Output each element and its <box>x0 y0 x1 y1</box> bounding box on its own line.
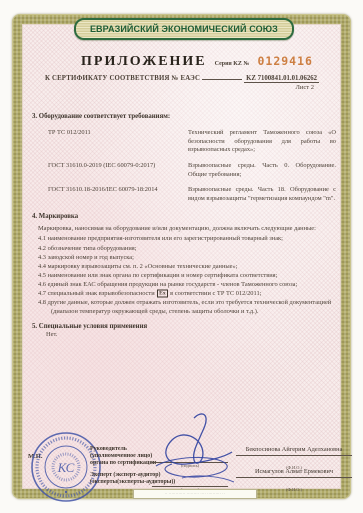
marking-list: 4.1 наименование предприятия-изготовител… <box>32 234 332 316</box>
microprint-text: ·· ············ ········· ···· ·········… <box>165 492 225 496</box>
title-row: ПРИЛОЖЕНИЕ Серия KZ № 0129416 <box>62 54 332 70</box>
printing-house-microprint: ·· ············ ········· ···· ·········… <box>133 489 257 499</box>
handwritten-signature-icon <box>142 408 242 492</box>
certificate-scan: ЕВРАЗИЙСКИЙ ЭКОНОМИЧЕСКИЙ СОЮЗ ПРИЛОЖЕНИ… <box>0 0 363 513</box>
eaeu-banner-text: ЕВРАЗИЙСКИЙ ЭКОНОМИЧЕСКИЙ СОЮЗ <box>90 24 278 35</box>
requirement-doc: ГОСТ 31610.0-2019 (IEC 60079-0:2017) <box>48 162 176 179</box>
page-content: ПРИЛОЖЕНИЕ Серия KZ № 0129416 К СЕРТИФИК… <box>32 54 332 338</box>
requirement-doc: ГОСТ 31610.18-2016/IEC 60079-18:2014 <box>48 186 176 203</box>
section5-heading: 5. Специальные условия применения <box>32 323 332 330</box>
person-name: Бекпосинова Айгерим Аделхановна <box>236 446 352 456</box>
marking-item: 4.2 обозначение типа оборудования; <box>38 244 332 253</box>
certificate-reference-label: К СЕРТИФИКАТУ СООТВЕТСТВИЯ № ЕАЭС <box>45 75 200 82</box>
series-number: 0129416 <box>257 54 312 68</box>
marking-item: 4.1 наименование предприятия-изготовител… <box>38 234 332 243</box>
page-title: ПРИЛОЖЕНИЕ <box>81 54 207 70</box>
person-name: Исмагулов Алмат Ермекович <box>236 468 352 478</box>
series-label: Серия KZ № <box>215 61 250 67</box>
requirement-desc: Взрывоопасные среды. Часть 0. Оборудован… <box>188 162 336 179</box>
section5-value: Нет. <box>32 331 332 338</box>
blank-underline <box>202 73 242 80</box>
marking-item-ex: 4.7 специальный знак взрывобезопасностиE… <box>38 289 332 298</box>
marking-item: 4.8 другие данные, которые должен отража… <box>38 298 332 316</box>
marking-item: 4.5 наименование или знак органа по серт… <box>38 271 332 280</box>
certificate-number: KZ 7100841.01.01.06262 <box>244 75 319 83</box>
section4-heading: 4. Маркировка <box>32 213 332 220</box>
requirement-desc: Технический регламент Таможенного союза … <box>188 129 336 155</box>
marking-item: 4.6 единый знак ЕАС обращения продукции … <box>38 280 332 289</box>
marking-item-ex-prefix: 4.7 специальный знак взрывобезопасности <box>38 290 155 297</box>
requirement-doc: ТР ТС 012/2011 <box>48 129 176 155</box>
marking-item: 4.3 заводской номер и год выпуска; <box>38 253 332 262</box>
requirement-desc: Взрывоопасные среды. Часть 18. Оборудова… <box>188 186 336 203</box>
certificate-reference: К СЕРТИФИКАТУ СООТВЕТСТВИЯ № ЕАЭС KZ 710… <box>32 73 332 83</box>
requirements-table: ТР ТС 012/2011 Технический регламент Там… <box>32 129 336 203</box>
name-caption: (Ф.И.О.) <box>286 487 302 492</box>
stamp-monogram: КС <box>57 460 75 475</box>
marking-item-ex-suffix: в соответствии с ТР ТС 012/2011; <box>170 290 261 297</box>
ex-mark-icon: Ex <box>157 290 169 298</box>
eaeu-banner: ЕВРАЗИЙСКИЙ ЭКОНОМИЧЕСКИЙ СОЮЗ <box>74 18 294 40</box>
marking-item: 4.4 маркировку взрывозащиты см. п. 2 «Ос… <box>38 262 332 271</box>
marking-intro: Маркировка, наносимая на оборудование и/… <box>32 225 332 234</box>
section3-heading: 3. Оборудование соответствует требования… <box>32 113 332 120</box>
sheet-number: Лист 2 <box>32 84 332 91</box>
